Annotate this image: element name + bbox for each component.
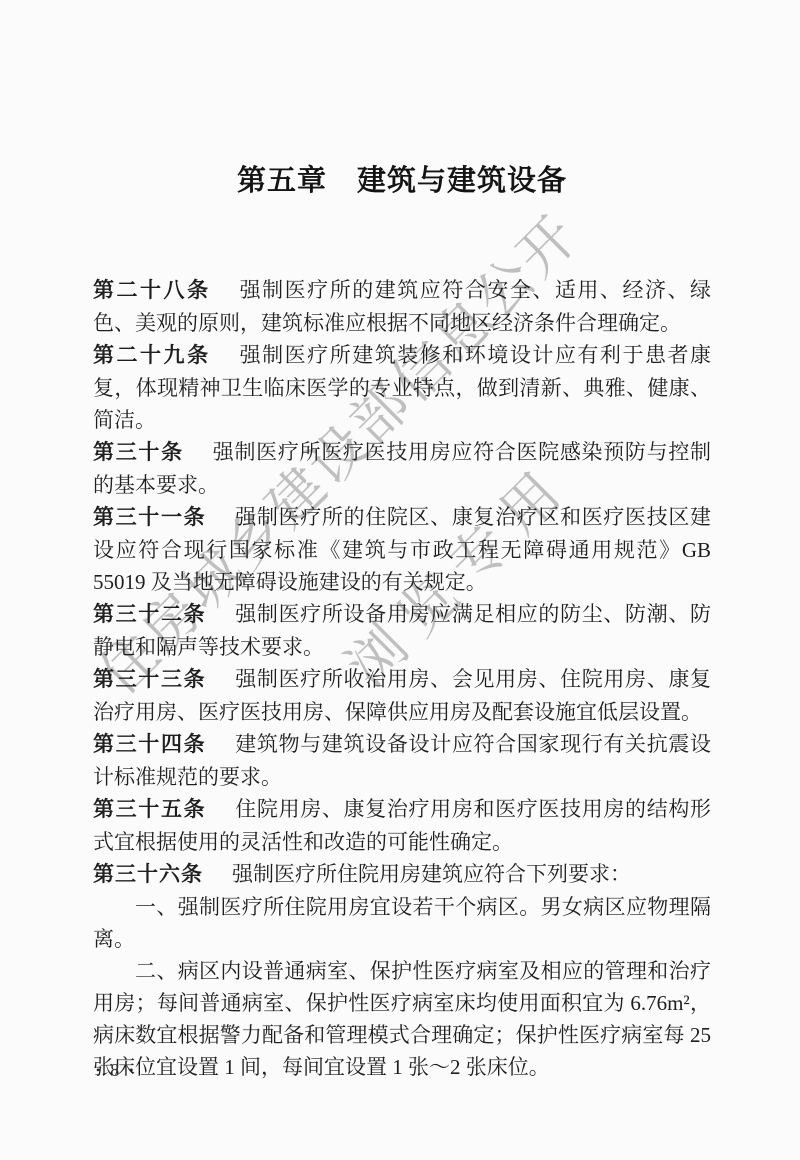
article-35-number: 第三十五条 xyxy=(93,798,235,821)
article-32: 第三十二条强制医疗所设备用房应满足相应的防尘、防潮、防静电和隔声等技术要求。 xyxy=(93,598,711,663)
article-35: 第三十五条住院用房、康复治疗用房和医疗医技用房的结构形式宜根据使用的灵活性和改造… xyxy=(93,793,711,858)
chapter-title: 第五章 建筑与建筑设备 xyxy=(93,162,711,200)
article-32-number: 第三十二条 xyxy=(93,603,235,626)
article-28: 第二十八条强制医疗所的建筑应符合安全、适用、经济、绿色、美观的原则，建筑标准应根… xyxy=(93,274,711,339)
page-footer: • 8 • xyxy=(96,1060,133,1081)
article-list: 第二十八条强制医疗所的建筑应符合安全、适用、经济、绿色、美观的原则，建筑标准应根… xyxy=(93,274,711,1083)
article-36: 第三十六条强制医疗所住院用房建筑应符合下列要求： xyxy=(93,858,711,891)
article-30-number: 第三十条 xyxy=(93,441,213,464)
article-31-number: 第三十一条 xyxy=(93,506,235,529)
document-content: 第五章 建筑与建筑设备 第二十八条强制医疗所的建筑应符合安全、适用、经济、绿色、… xyxy=(93,162,711,1083)
article-36-text: 强制医疗所住院用房建筑应符合下列要求： xyxy=(232,862,631,886)
article-33-number: 第三十三条 xyxy=(93,668,235,691)
footer-bullet-right: • xyxy=(129,1063,133,1078)
document-page: 住房城乡建设部信息公开 浏览专用 第五章 建筑与建筑设备 第二十八条强制医疗所的… xyxy=(0,0,800,1160)
article-31: 第三十一条强制医疗所的住院区、康复治疗区和医疗医技区建设应符合现行国家标准《建筑… xyxy=(93,501,711,598)
article-34-number: 第三十四条 xyxy=(93,733,235,756)
article-36-number: 第三十六条 xyxy=(93,863,232,886)
article-33: 第三十三条强制医疗所收治用房、会见用房、住院用房、康复治疗用房、医疗医技用房、保… xyxy=(93,663,711,728)
article-36-clause-1: 一、强制医疗所住院用房宜设若干个病区。男女病区应物理隔离。 xyxy=(93,891,711,955)
page-number: 8 xyxy=(110,1060,119,1081)
article-29: 第二十九条强制医疗所建筑装修和环境设计应有利于患者康复，体现精神卫生临床医学的专… xyxy=(93,339,711,436)
article-28-number: 第二十八条 xyxy=(93,279,240,302)
article-34: 第三十四条建筑物与建筑设备设计应符合国家现行有关抗震设计标准规范的要求。 xyxy=(93,728,711,793)
article-36-clause-2: 二、病区内设普通病室、保护性医疗病室及相应的管理和治疗用房；每间普通病室、保护性… xyxy=(93,955,711,1083)
article-30: 第三十条强制医疗所医疗医技用房应符合医院感染预防与控制的基本要求。 xyxy=(93,436,711,501)
footer-bullet-left: • xyxy=(96,1063,100,1078)
article-29-number: 第二十九条 xyxy=(93,344,240,367)
